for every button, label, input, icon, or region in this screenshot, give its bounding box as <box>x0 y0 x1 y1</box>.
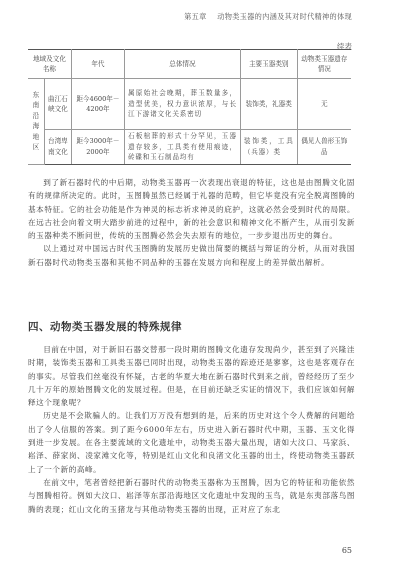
paragraph: 在前文中，笔者曾经把新石器时代的动物类玉器称为玉图腾，因为它的特征和功能依然与图… <box>28 476 355 516</box>
culture-name: 台湾卑南文化 <box>48 136 68 157</box>
header-overview: 总体情况 <box>124 50 240 79</box>
header-animal-jade-remains: 动物类玉器遗存情况 <box>297 50 351 79</box>
culture-name: 曲江石峡文化 <box>48 94 68 115</box>
animal-remains-cell: 偶见人兽形玉饰品 <box>297 130 351 165</box>
header-region-culture: 地域及文化名称 <box>28 50 71 79</box>
era-cell: 距今4600年－4200年 <box>71 79 124 130</box>
paragraph: 目前在中国，对于新旧石器交替那一段时期的图腾文化遗存发现尚少，甚至到了兴隆洼时期… <box>28 343 355 409</box>
header-era: 年代 <box>71 50 124 79</box>
culture-cell: 台湾卑南文化 <box>44 130 71 165</box>
culture-cell: 曲江石峡文化 <box>44 79 71 130</box>
chapter-number: 第五章 <box>184 12 206 21</box>
paragraph: 以上通过对中国远古时代玉图腾的发展历史做出简要的概括与辩证的分析，从而对我国新石… <box>28 242 355 269</box>
body-text-after-section: 目前在中国，对于新旧石器交替那一段时期的图腾文化遗存发现尚少，甚至到了兴隆洼时期… <box>28 343 355 516</box>
page-number: 65 <box>342 546 352 555</box>
table-row: 台湾卑南文化 距今3000年－2000年 石板棺葬的形式十分罕见，玉器遗存较多，… <box>28 130 351 165</box>
header-main-jade-types: 主要玉器类别 <box>240 50 297 79</box>
jade-types-cell: 装饰类，礼器类 <box>240 79 297 130</box>
overview-cell: 属原始社会晚期，葬玉数量多，造型优美，权力意识浓厚，与长江下游诸文化关系密切 <box>124 79 240 130</box>
body-text-before-section: 到了新石器时代的中后期，动物类玉器再一次表现出衰退的特征，这也是由图腾文化固有的… <box>28 176 355 269</box>
paragraph: 历史是不会欺骗人的。让我们万万没有想到的是，后来的历史对这个令人费解的问题给出了… <box>28 409 355 475</box>
region-name: 东南沿海地区 <box>32 90 40 153</box>
running-header: 第五章 动物类玉器的内涵及其对时代精神的体现 <box>184 12 352 22</box>
jade-types-cell: 装饰类，工具（兵器）类 <box>240 130 297 165</box>
paragraph: 到了新石器时代的中后期，动物类玉器再一次表现出衰退的特征，这也是由图腾文化固有的… <box>28 176 355 242</box>
animal-remains-cell: 无 <box>297 79 351 130</box>
overview-cell: 石板棺葬的形式十分罕见，玉器遗存较多，工具类有使用痕迹，砖碟和玉石制品均有 <box>124 130 240 165</box>
chapter-title: 动物类玉器的内涵及其对时代精神的体现 <box>217 12 352 21</box>
region-cell: 东南沿海地区 <box>28 79 44 165</box>
era-cell: 距今3000年－2000年 <box>71 130 124 165</box>
table-row: 东南沿海地区 曲江石峡文化 距今4600年－4200年 属原始社会晚期，葬玉数量… <box>28 79 351 130</box>
jade-culture-table: 地域及文化名称 年代 总体情况 主要玉器类别 动物类玉器遗存情况 东南沿海地区 … <box>28 49 351 165</box>
section-title: 四、动物类玉器发展的特殊规律 <box>28 319 182 334</box>
table-header-row: 地域及文化名称 年代 总体情况 主要玉器类别 动物类玉器遗存情况 <box>28 50 351 79</box>
